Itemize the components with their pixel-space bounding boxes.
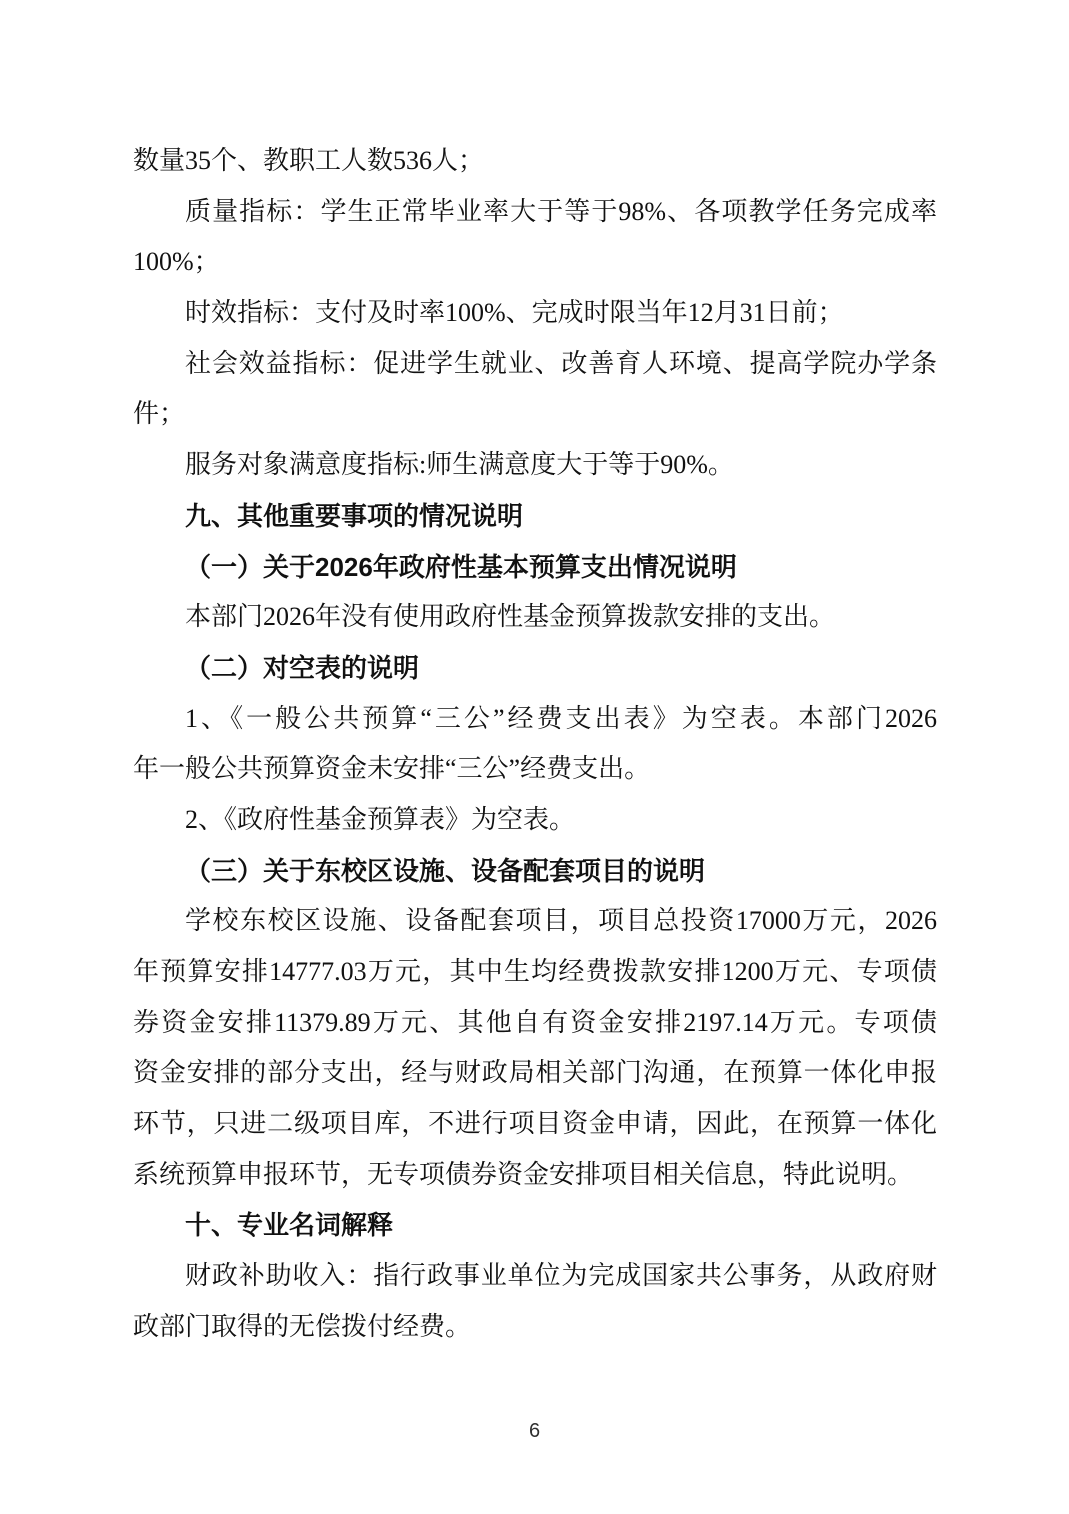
text-line: 服务对象满意度指标:师生满意度大于等于90%。 — [133, 440, 937, 491]
text-line: 2、《政府性基金预算表》为空表。 — [133, 795, 937, 846]
page-number: 6 — [0, 1420, 1069, 1443]
text-line: 财政补助收入：指行政事业单位为完成国家共公事务，从政府财 — [133, 1251, 937, 1302]
text-line: 1、《一般公共预算“三公”经费支出表》为空表。本部门2026 — [133, 694, 937, 745]
text-line: 环节，只进二级项目库，不进行项目资金申请，因此，在预算一体化 — [133, 1099, 937, 1150]
section-heading: （一）关于2026年政府性基本预算支出情况说明 — [133, 542, 937, 593]
text-line: 件； — [133, 389, 937, 440]
section-heading: （三）关于东校区设施、设备配套项目的说明 — [133, 846, 937, 897]
document-body: 数量35个、教职工人数536人；质量指标：学生正常毕业率大于等于98%、各项教学… — [133, 136, 937, 1353]
section-heading: 九、其他重要事项的情况说明 — [133, 491, 937, 542]
text-line: 社会效益指标：促进学生就业、改善育人环境、提高学院办学条 — [133, 339, 937, 390]
section-heading: （二）对空表的说明 — [133, 643, 937, 694]
text-line: 100%； — [133, 237, 937, 288]
section-heading: 十、专业名词解释 — [133, 1200, 937, 1251]
text-line: 政部门取得的无偿拨付经费。 — [133, 1302, 937, 1353]
text-line: 质量指标：学生正常毕业率大于等于98%、各项教学任务完成率 — [133, 187, 937, 238]
text-line: 券资金安排11379.89万元、其他自有资金安排2197.14万元。专项债 — [133, 998, 937, 1049]
text-line: 年一般公共预算资金未安排“三公”经费支出。 — [133, 744, 937, 795]
text-line: 资金安排的部分支出，经与财政局相关部门沟通，在预算一体化申报 — [133, 1048, 937, 1099]
text-line: 系统预算申报环节，无专项债券资金安排项目相关信息，特此说明。 — [133, 1150, 937, 1201]
document-page: 数量35个、教职工人数536人；质量指标：学生正常毕业率大于等于98%、各项教学… — [0, 0, 1069, 1514]
text-line: 学校东校区设施、设备配套项目，项目总投资17000万元，2026 — [133, 896, 937, 947]
text-line: 数量35个、教职工人数536人； — [133, 136, 937, 187]
text-line: 时效指标：支付及时率100%、完成时限当年12月31日前； — [133, 288, 937, 339]
text-line: 本部门2026年没有使用政府性基金预算拨款安排的支出。 — [133, 592, 937, 643]
text-line: 年预算安排14777.03万元，其中生均经费拨款安排1200万元、专项债 — [133, 947, 937, 998]
